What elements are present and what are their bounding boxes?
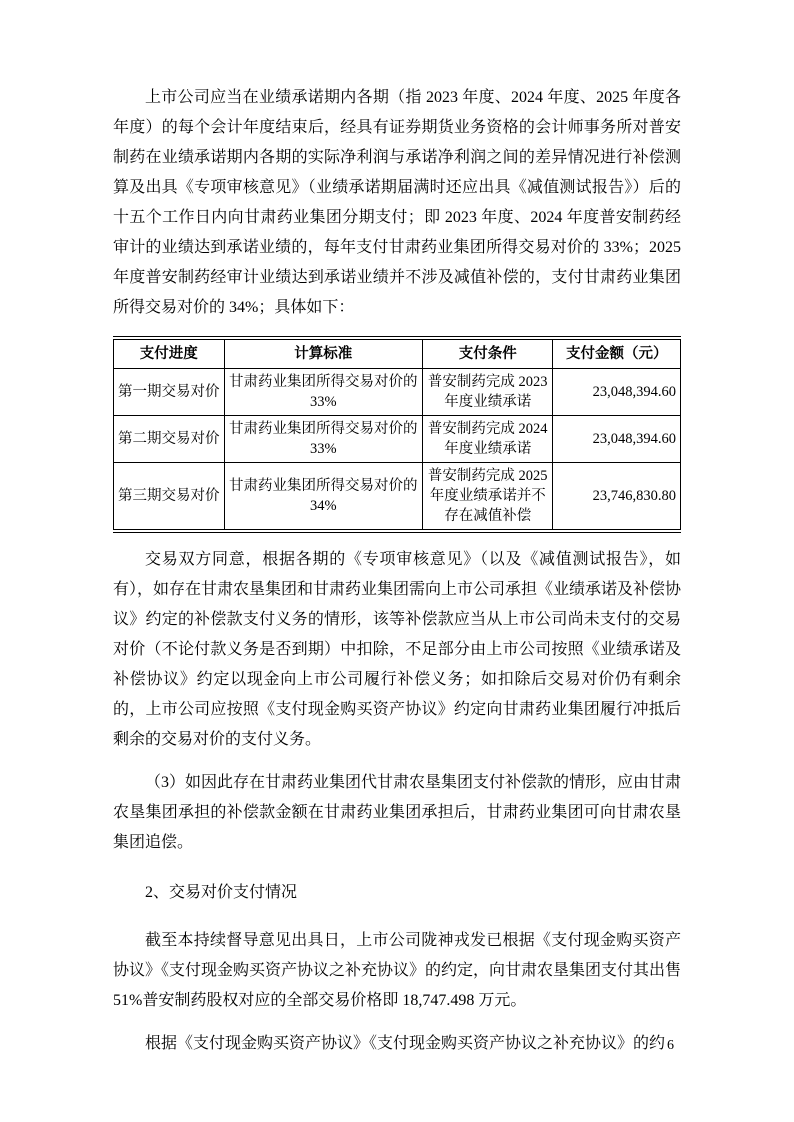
table-cell-amount: 23,048,394.60: [553, 369, 681, 416]
table-row: 第三期交易对价 甘肃药业集团所得交易对价的34% 普安制药完成 2025 年度业…: [114, 463, 681, 530]
paragraph-item3-recourse: （3）如因此存在甘肃药业集团代甘肃农垦集团支付补偿款的情形，应由甘肃农垦集团承担…: [113, 768, 681, 858]
table-header-calculation-standard: 计算标准: [224, 340, 422, 369]
table-cell-condition: 普安制药完成 2024 年度业绩承诺: [423, 416, 553, 463]
table-row: 第二期交易对价 甘肃药业集团所得交易对价的33% 普安制药完成 2024 年度业…: [114, 416, 681, 463]
table-cell-condition: 普安制药完成 2023 年度业绩承诺: [423, 369, 553, 416]
table-cell-standard: 甘肃药业集团所得交易对价的33%: [224, 416, 422, 463]
table-cell-progress: 第二期交易对价: [114, 416, 225, 463]
table-cell-progress: 第三期交易对价: [114, 463, 225, 530]
table-cell-amount: 23,048,394.60: [553, 416, 681, 463]
table-cell-standard: 甘肃药业集团所得交易对价的33%: [224, 369, 422, 416]
paragraph-supplement-agreement: 根据《支付现金购买资产协议》《支付现金购买资产协议之补充协议》的约: [113, 1029, 681, 1059]
page-number: 6: [667, 1036, 674, 1056]
table-cell-progress: 第一期交易对价: [114, 369, 225, 416]
table-header-payment-progress: 支付进度: [114, 340, 225, 369]
paragraph-compensation-agreement: 交易双方同意，根据各期的《专项审核意见》（以及《减值测试报告》，如有），如存在甘…: [113, 545, 681, 755]
paragraph-payment-status: 截至本持续督导意见出具日，上市公司陇神戎发已根据《支付现金购买资产协议》《支付现…: [113, 926, 681, 1016]
document-page: 上市公司应当在业绩承诺期内各期（指 2023 年度、2024 年度、2025 年…: [0, 0, 794, 1122]
section-heading-payment-status: 2、交易对价支付情况: [113, 878, 681, 908]
table-header-row: 支付进度 计算标准 支付条件 支付金额（元）: [114, 340, 681, 369]
table-cell-amount: 23,746,830.80: [553, 463, 681, 530]
paragraph-performance-commitment: 上市公司应当在业绩承诺期内各期（指 2023 年度、2024 年度、2025 年…: [113, 83, 681, 323]
payment-schedule-table-wrap: 支付进度 计算标准 支付条件 支付金额（元） 第一期交易对价 甘肃药业集团所得交…: [113, 336, 681, 533]
table-cell-standard: 甘肃药业集团所得交易对价的34%: [224, 463, 422, 530]
payment-schedule-table: 支付进度 计算标准 支付条件 支付金额（元） 第一期交易对价 甘肃药业集团所得交…: [113, 340, 681, 529]
table-row: 第一期交易对价 甘肃药业集团所得交易对价的33% 普安制药完成 2023 年度业…: [114, 369, 681, 416]
page-content: 上市公司应当在业绩承诺期内各期（指 2023 年度、2024 年度、2025 年…: [113, 83, 681, 1072]
table-header-payment-amount: 支付金额（元）: [553, 340, 681, 369]
table-cell-condition: 普安制药完成 2025 年度业绩承诺并不存在减值补偿: [423, 463, 553, 530]
table-header-payment-condition: 支付条件: [423, 340, 553, 369]
